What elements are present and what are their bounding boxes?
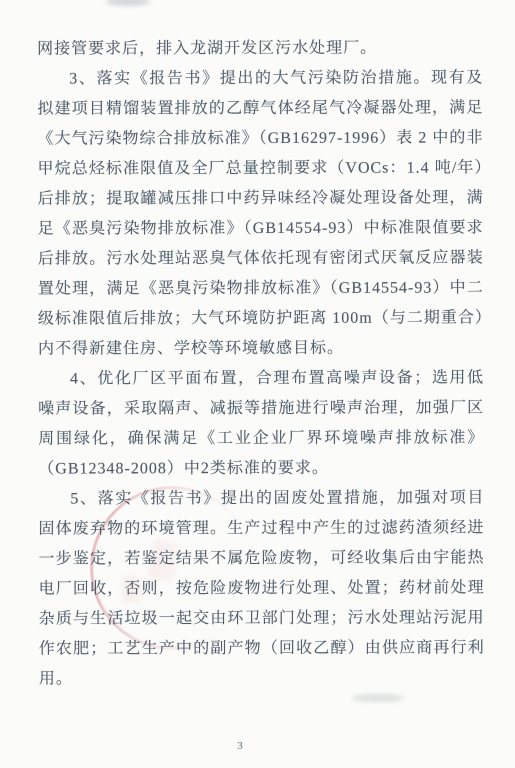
scan-smudge-bottom — [352, 694, 404, 702]
body-paragraph-item-4-noise: 4、优化厂区平面布置，合理布置高噪声设备；选用低噪声设备，采取隔声、减振等措施进… — [38, 363, 484, 484]
body-paragraph-continuation: 网接管要求后，排入龙湖开发区污水处理厂。 — [37, 33, 483, 64]
scan-smudge-top — [106, 0, 150, 6]
document-body: 网接管要求后，排入龙湖开发区污水处理厂。 3、落实《报告书》提出的大气污染防治措… — [37, 33, 485, 694]
body-paragraph-item-3-air-pollution: 3、落实《报告书》提出的大气污染防治措施。现有及拟建项目精馏装置排放的乙醇气体经… — [37, 63, 484, 364]
scanned-document-page: 网接管要求后，排入龙湖开发区污水处理厂。 3、落实《报告书》提出的大气污染防治措… — [0, 0, 515, 768]
body-paragraph-item-5-solid-waste: 5、落实《报告书》提出的固废处置措施，加强对项目固体废弃物的环境管理。生产过程中… — [38, 483, 485, 694]
page-number: 3 — [230, 740, 250, 752]
